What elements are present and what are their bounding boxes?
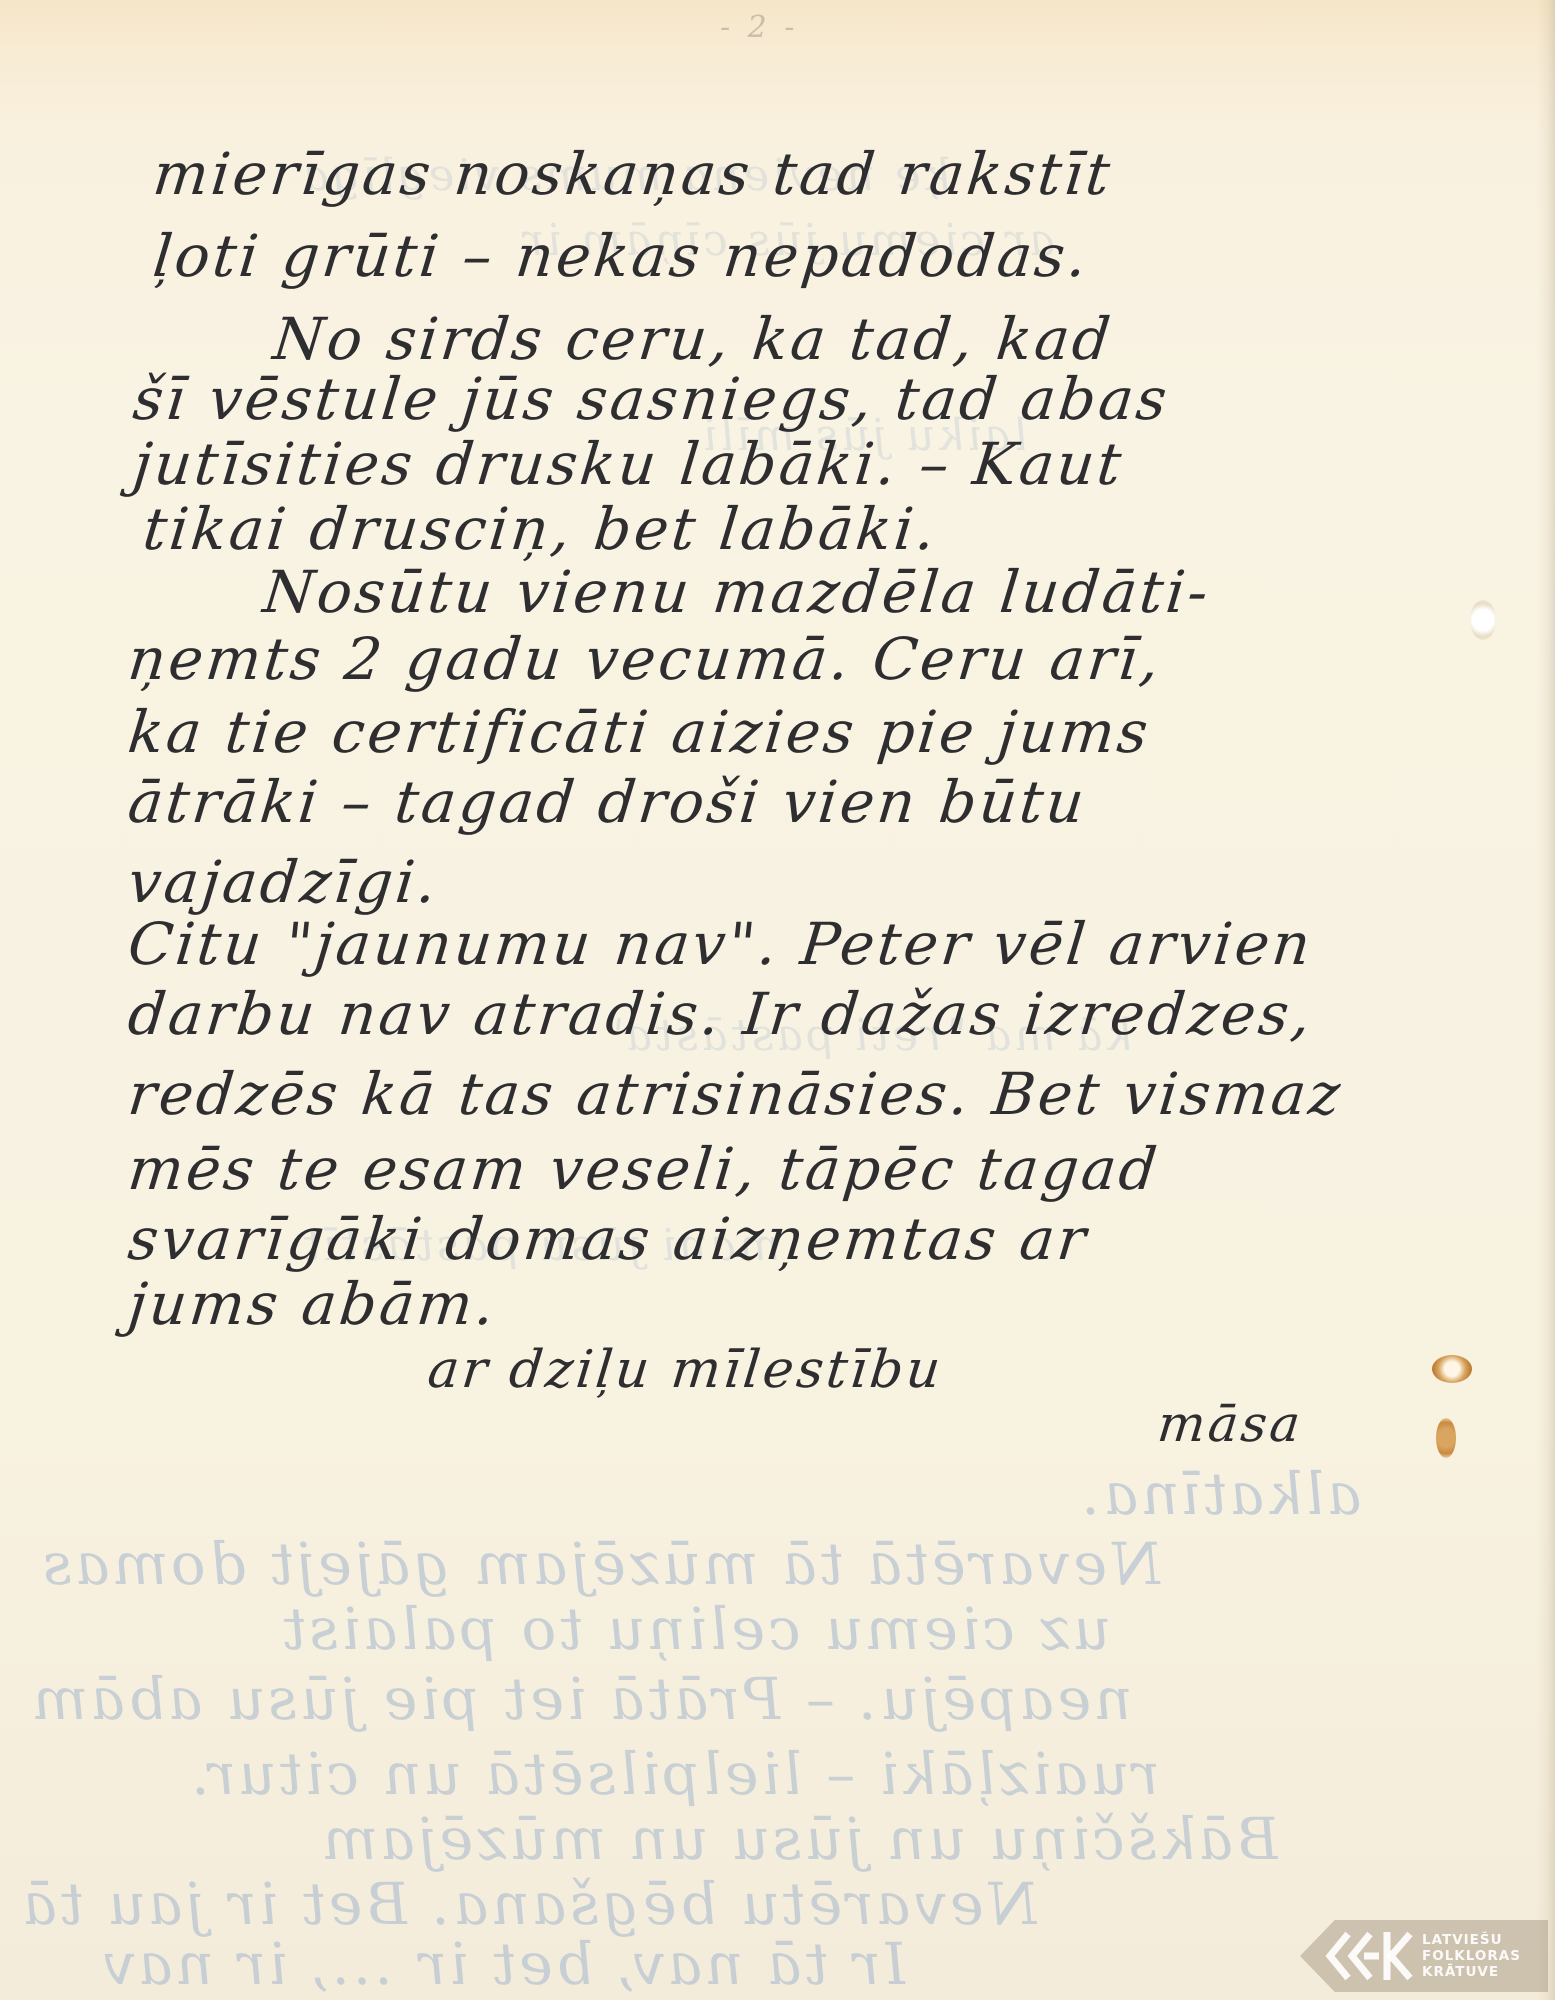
bleed-line: Ir tā nav, bet ir ..., ir nav — [96, 1930, 910, 1998]
letter-line: ātrāki – tagad droši vien būtu — [125, 768, 1090, 836]
lfk-chevron-logo-icon — [1324, 1928, 1416, 1984]
logo-text-line: FOLKLORAS — [1422, 1948, 1521, 1964]
archive-watermark-logo: LATVIEŠU FOLKLORAS KRĀTUVE — [1300, 1920, 1548, 1992]
bleed-line: uz ciemu celiņu to palaist — [276, 1595, 1114, 1663]
logo-text: LATVIEŠU FOLKLORAS KRĀTUVE — [1422, 1932, 1521, 1980]
bleed-line: ruaizļāki – lielpilsētā un citur. — [186, 1740, 1163, 1808]
letter-line: ka tie certificāti aizies pie jums — [125, 698, 1154, 766]
letter-line: Nosūtu vienu mazdēla ludāti- — [260, 558, 1214, 626]
letter-line: mierīgas noskaņas tad rakstīt — [150, 140, 1116, 208]
letter-line: ņemts 2 gadu vecumā. Ceru arī, — [125, 625, 1165, 693]
letter-line: Citu "jaunumu nav". Peter vēl arvien — [125, 910, 1316, 978]
bleed-line: Bākščiņu un jūsu un mūzējam — [316, 1805, 1282, 1873]
bleed-line: Nevarētā tā mūzējam gājejt domas — [36, 1530, 1165, 1598]
letter-closing: ar dziļu mīlestību — [425, 1340, 946, 1400]
paper-stain — [1432, 1355, 1472, 1383]
letter-line: jutīsities drusku labāki. – Kaut — [130, 430, 1127, 498]
bleed-line: alkatīna. — [1076, 1460, 1365, 1528]
letter-line: vajadzīgi. — [125, 848, 442, 916]
letter-line: svarīgāki domas aizņemtas ar — [125, 1205, 1092, 1273]
letter-line: mēs te esam veseli, tāpēc tagad — [125, 1135, 1163, 1203]
letter-line: šī vēstule jūs sasniegs, tad abas — [130, 365, 1173, 433]
letter-line: tikai drusciņ, bet labāki. — [140, 495, 941, 563]
paper-tear — [1470, 600, 1496, 640]
bleed-through-lower: alkatīna. Nevarētā tā mūzējam gājejt dom… — [0, 1450, 1555, 2000]
letter-body: mierīgas noskaņas tad rakstīt ļoti grūti… — [0, 0, 1555, 1450]
logo-text-line: KRĀTUVE — [1422, 1964, 1521, 1980]
letter-line: redzēs kā tas atrisināsies. Bet vismaz — [125, 1060, 1346, 1128]
bleed-line: Nevarētu bēgšana. Bet ir jau tā — [16, 1870, 1041, 1938]
letter-line: darbu nav atradis. Ir dažas izredzes, — [125, 980, 1317, 1048]
letter-line: jums abām. — [125, 1270, 500, 1338]
bleed-line: neapēju. – Prātā iet pie jūsu abām — [26, 1665, 1135, 1733]
logo-text-line: LATVIEŠU — [1422, 1932, 1521, 1948]
letter-line: ļoti grūti – nekas nepadodas. — [150, 222, 1093, 290]
letter-line: No sirds ceru, ka tad, kad — [270, 305, 1116, 373]
paper-stain — [1436, 1418, 1456, 1458]
letter-signature: māsa — [1155, 1395, 1306, 1453]
